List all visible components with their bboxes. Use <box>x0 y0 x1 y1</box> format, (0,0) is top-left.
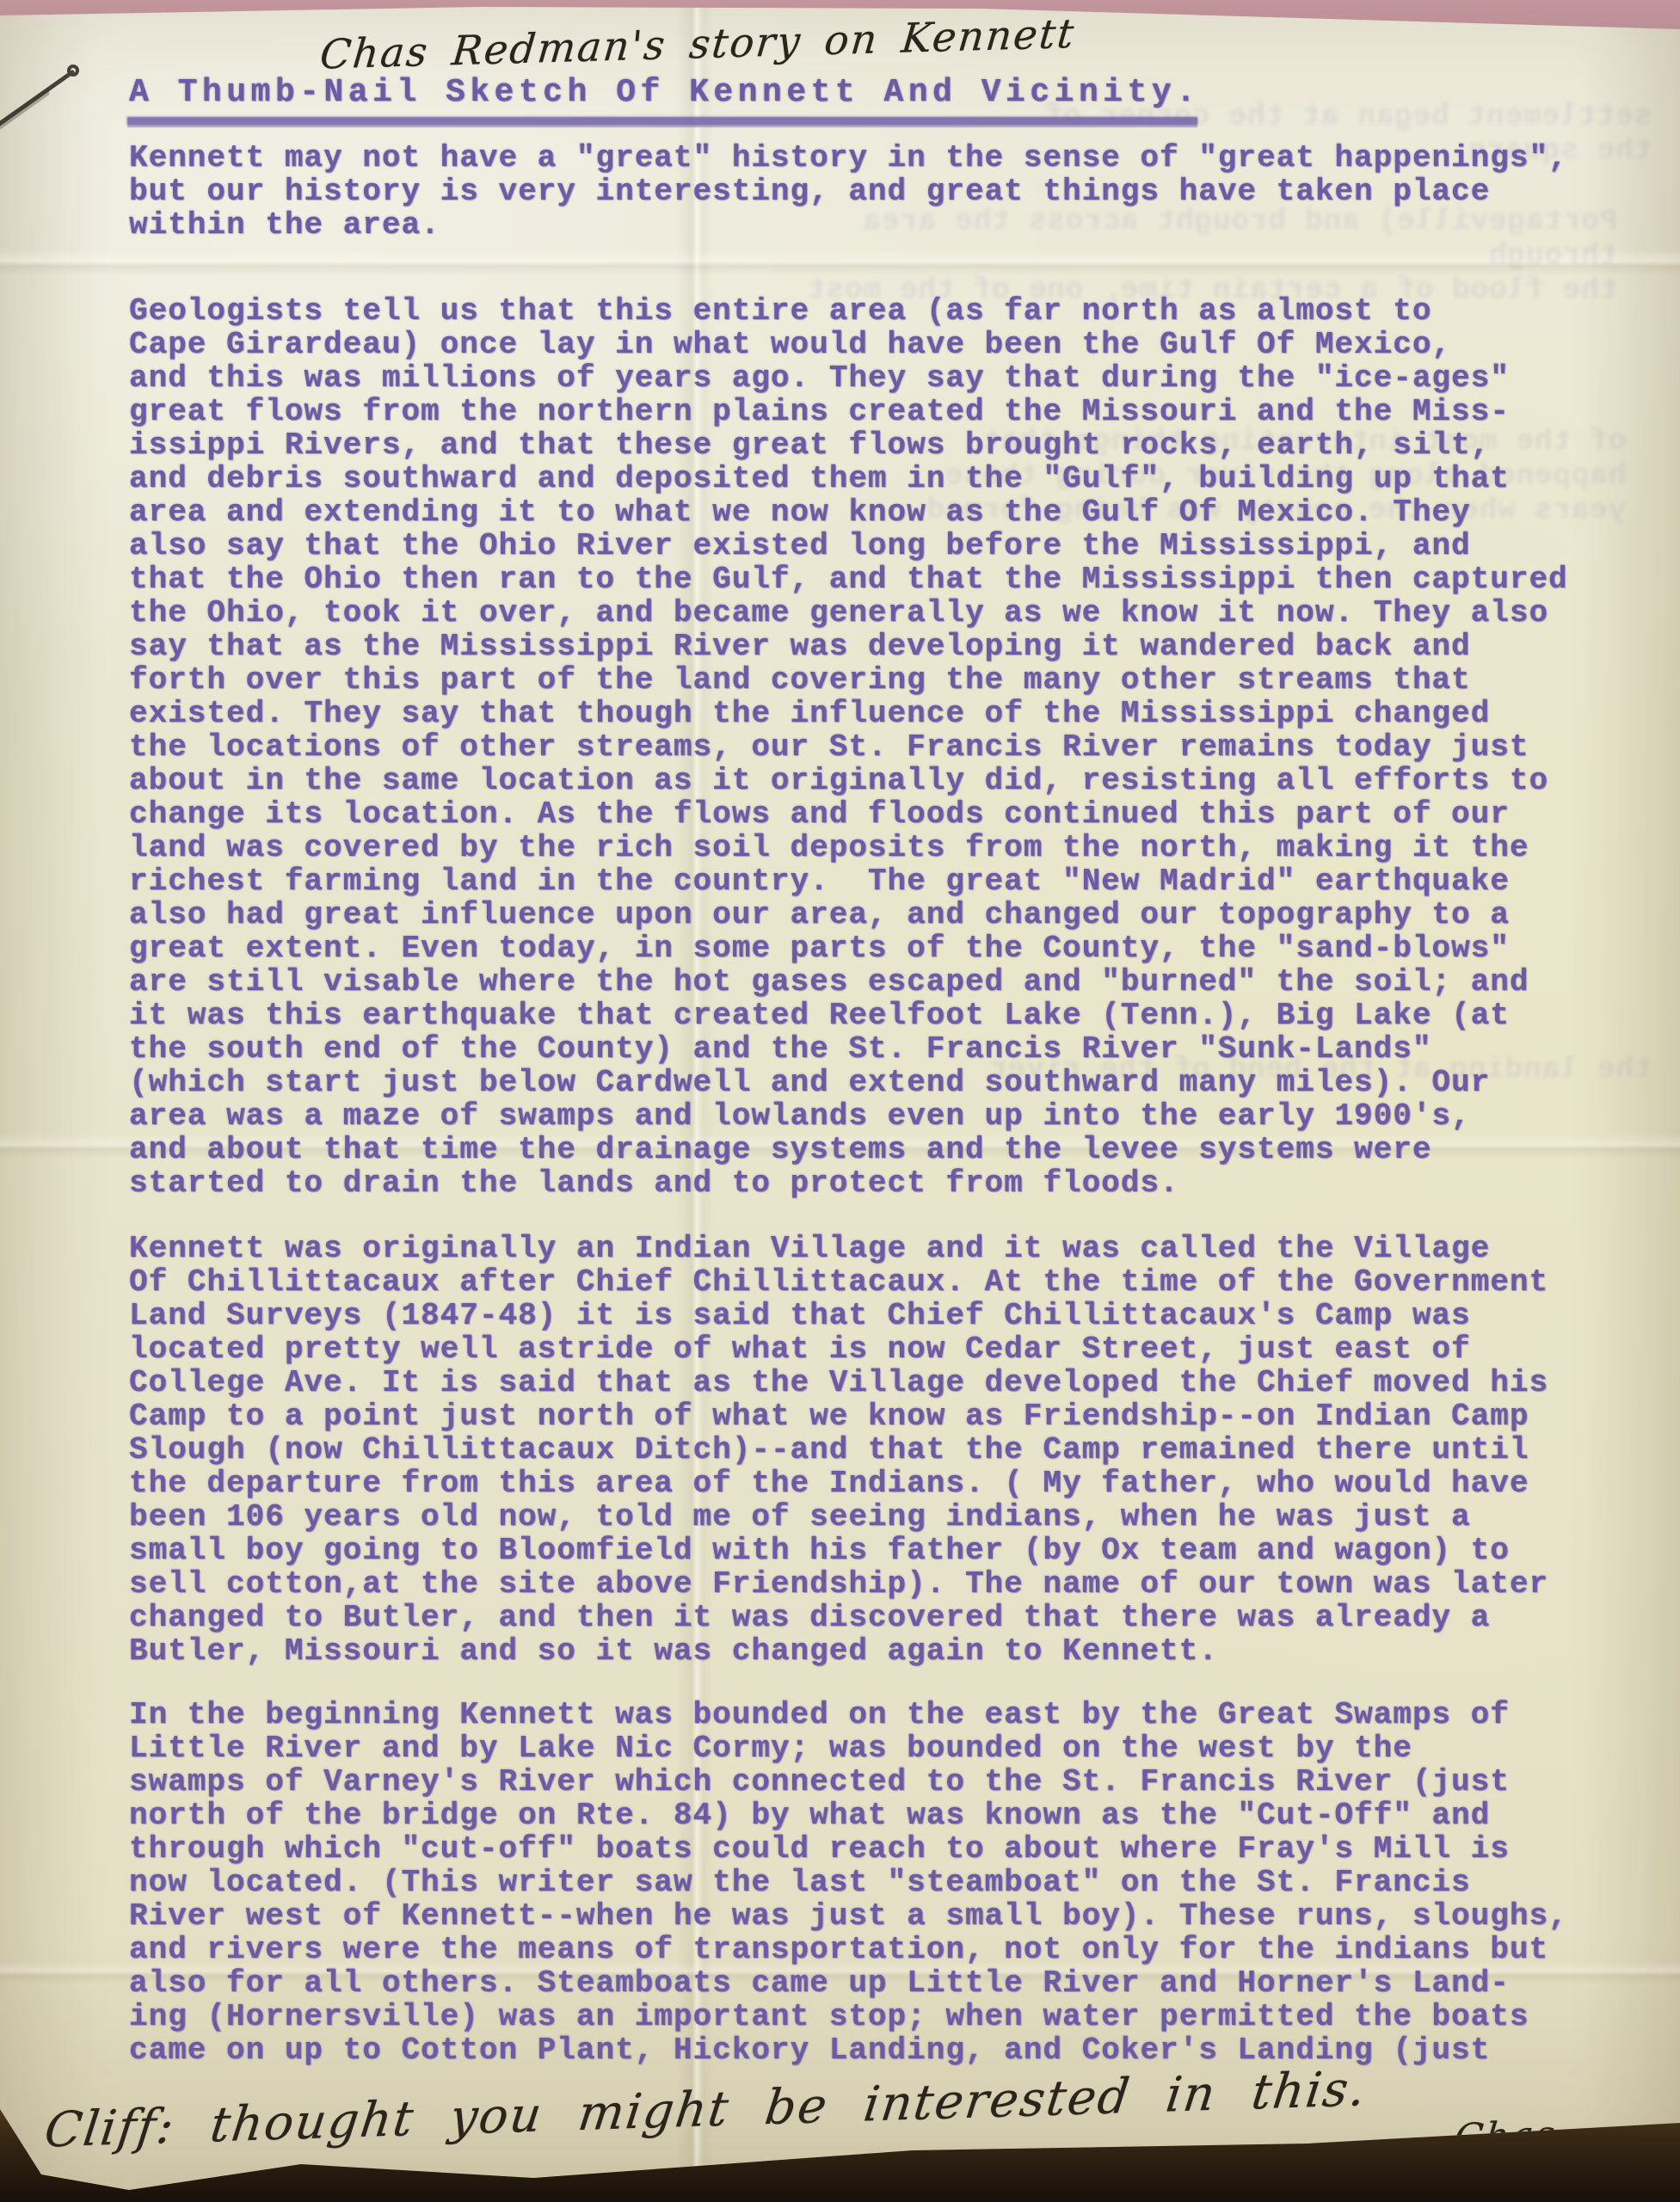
horizontal-fold-crease-top <box>0 249 1680 275</box>
paragraph-geology: Geologists tell us that this entire area… <box>129 294 1626 1200</box>
paragraph-boundaries-steamboats: In the beginning Kennett was bounded on … <box>129 1698 1626 2067</box>
document-title: A Thumb-Nail Sketch Of Kennett And Vicin… <box>129 74 1200 111</box>
scanned-document-photo: settlement began at the corner of the sq… <box>0 0 1680 2202</box>
paragraph-intro: Kennett may not have a "great" history i… <box>129 141 1626 242</box>
straight-pin <box>0 29 115 158</box>
handwritten-top-note: Chas Redman's story on Kennett <box>318 9 1097 78</box>
handwritten-bottom-note: Cliff: thought you might be interested i… <box>41 2060 1389 2158</box>
paragraph-indian-village: Kennett was originally an Indian Village… <box>129 1232 1626 1668</box>
paper-sheet: settlement began at the corner of the sq… <box>0 0 1680 2202</box>
title-underline <box>127 117 1197 125</box>
